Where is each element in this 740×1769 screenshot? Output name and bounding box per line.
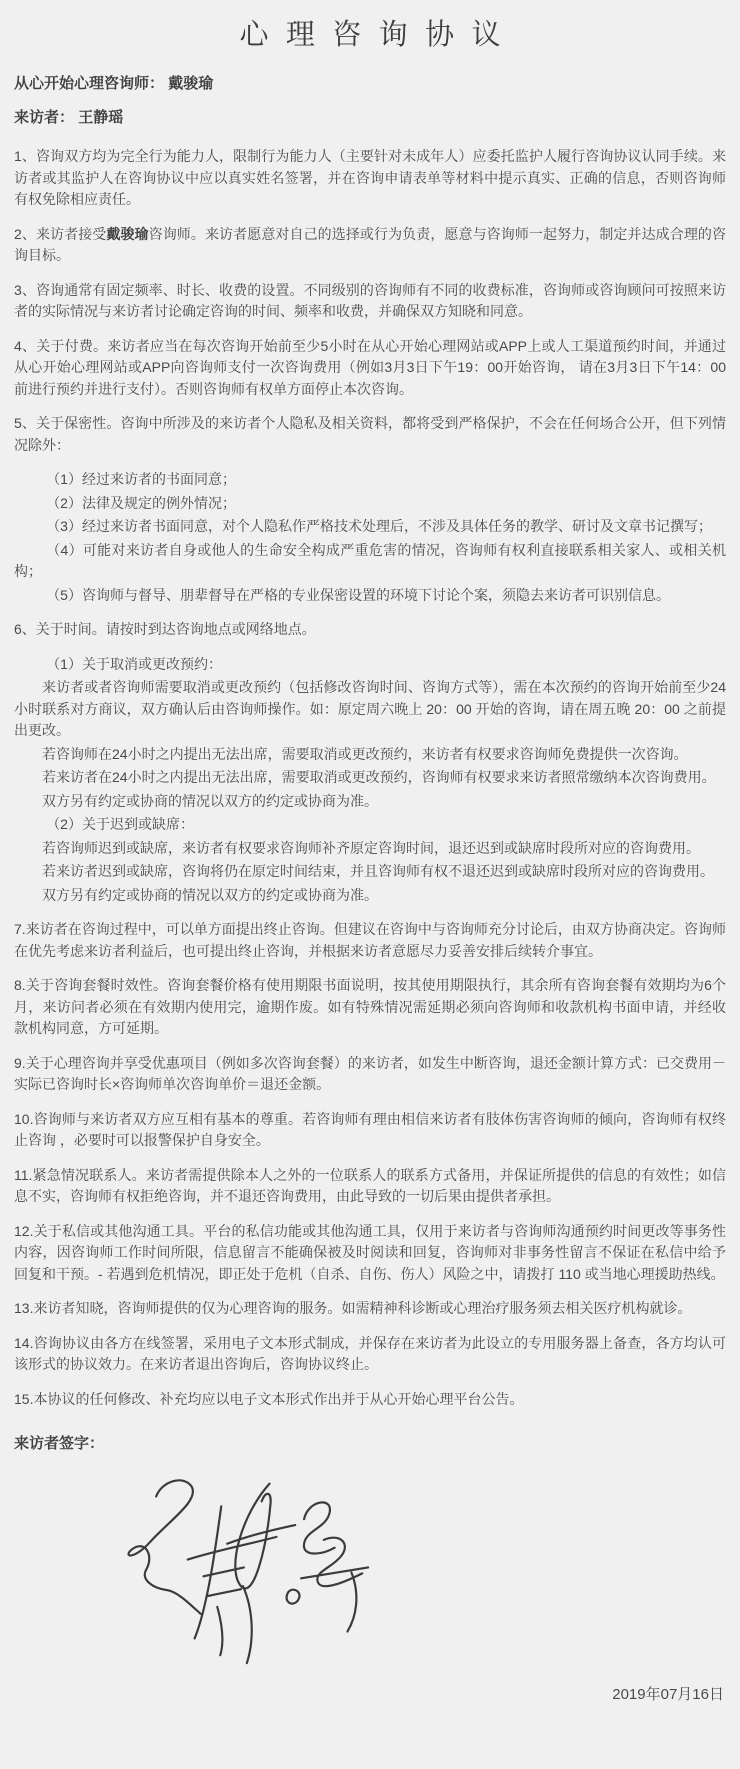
clause-paragraph: 1、咨询双方均为完全行为能力人，限制行为能力人（主要针对未成年人）应委托监护人履…: [14, 146, 726, 211]
clause-paragraph: 10.咨询师与来访者双方应互相有基本的尊重。若咨询师有理由相信来访者有肢体伤害咨…: [14, 1109, 726, 1152]
clause-paragraph: 6、关于时间。请按时到达咨询地点或网络地点。: [14, 619, 726, 641]
clause-paragraph: （5）咨询师与督导、朋辈督导在严格的专业保密设置的环境下讨论个案，须隐去来访者可…: [14, 585, 726, 607]
clause-paragraph: 15.本协议的任何修改、补充均应以电子文本形式作出并于从心开始心理平台公告。: [14, 1389, 726, 1411]
signature-label: 来访者签字：: [14, 1432, 726, 1453]
visitor-label: 来访者：: [14, 109, 74, 126]
clauses: 1、咨询双方均为完全行为能力人，限制行为能力人（主要针对未成年人）应委托监护人履…: [14, 146, 726, 1410]
counselor-name: 戴骏瑜: [168, 75, 213, 92]
page-title: 心理咨询协议: [14, 12, 726, 53]
signature-image: [98, 1457, 378, 1669]
counselor-line: 从心开始心理咨询师： 戴骏瑜: [14, 73, 726, 94]
clause-paragraph: （2）法律及规定的例外情况；: [14, 493, 726, 515]
clause-paragraph: （3）经过来访者书面同意，对个人隐私作严格技术处理后，不涉及具体任务的教学、研讨…: [14, 516, 726, 538]
clause-paragraph: 双方另有约定或协商的情况以双方的约定或协商为准。: [14, 885, 726, 907]
clause-paragraph: 13.来访者知晓，咨询师提供的仅为心理咨询的服务。如需精神科诊断或心理治疗服务须…: [14, 1298, 726, 1320]
agreement-document: 心理咨询协议 从心开始心理咨询师： 戴骏瑜 来访者： 王静瑶 1、咨询双方均为完…: [0, 0, 740, 1704]
clause-paragraph: （1）经过来访者的书面同意；: [14, 469, 726, 491]
date-text: 2019年07月16日: [14, 1683, 726, 1704]
clause-paragraph: 若咨询师迟到或缺席，来访者有权要求咨询师补齐原定咨询时间，退还迟到或缺席时段所对…: [14, 838, 726, 860]
clause-paragraph: 14.咨询协议由各方在线签署，采用电子文本形式制成，并保存在来访者为此设立的专用…: [14, 1333, 726, 1376]
clause-paragraph: （1）关于取消或更改预约：: [14, 654, 726, 676]
clause-paragraph: 11.紧急情况联系人。来访者需提供除本人之外的一位联系人的联系方式备用，并保证所…: [14, 1165, 726, 1208]
clause-paragraph: （4）可能对来访者自身或他人的生命安全构成严重危害的情况，咨询师有权利直接联系相…: [14, 540, 726, 583]
clause-paragraph: 若咨询师在24小时之内提出无法出席，需要取消或更改预约，来访者有权要求咨询师免费…: [14, 744, 726, 766]
clause-paragraph: 双方另有约定或协商的情况以双方的约定或协商为准。: [14, 791, 726, 813]
clause-paragraph: 9.关于心理咨询并享受优惠项目（例如多次咨询套餐）的来访者，如发生中断咨询，退还…: [14, 1053, 726, 1096]
clause-paragraph: 若来访者迟到或缺席，咨询将仍在原定时间结束，并且咨询师有权不退还迟到或缺席时段所…: [14, 861, 726, 883]
clause-paragraph: 4、关于付费。来访者应当在每次咨询开始前至少5小时在从心开始心理网站或APP上或…: [14, 336, 726, 401]
visitor-line: 来访者： 王静瑶: [14, 107, 726, 128]
clause-paragraph: 12.关于私信或其他沟通工具。平台的私信功能或其他沟通工具，仅用于来访者与咨询师…: [14, 1221, 726, 1286]
clause-paragraph: 7.来访者在咨询过程中，可以单方面提出终止咨询。但建议在咨询中与咨询师充分讨论后…: [14, 919, 726, 962]
clause-paragraph: 来访者或者咨询师需要取消或更改预约（包括修改咨询时间、咨询方式等），需在本次预约…: [14, 677, 726, 742]
visitor-name: 王静瑶: [78, 109, 123, 126]
clause-paragraph: 3、咨询通常有固定频率、时长、收费的设置。不同级别的咨询师有不同的收费标准，咨询…: [14, 280, 726, 323]
clause-paragraph: 若来访者在24小时之内提出无法出席，需要取消或更改预约，咨询师有权要求来访者照常…: [14, 767, 726, 789]
clause-paragraph: 2、来访者接受戴骏瑜咨询师。来访者愿意对自己的选择或行为负责，愿意与咨询师一起努…: [14, 224, 726, 267]
clause-paragraph: （2）关于迟到或缺席：: [14, 814, 726, 836]
clause-paragraph: 8.关于咨询套餐时效性。咨询套餐价格有使用期限书面说明，按其使用期限执行，其余所…: [14, 975, 726, 1040]
clause-paragraph: 5、关于保密性。咨询中所涉及的来访者个人隐私及相关资料，都将受到严格保护，不会在…: [14, 413, 726, 456]
counselor-label: 从心开始心理咨询师：: [14, 75, 164, 92]
